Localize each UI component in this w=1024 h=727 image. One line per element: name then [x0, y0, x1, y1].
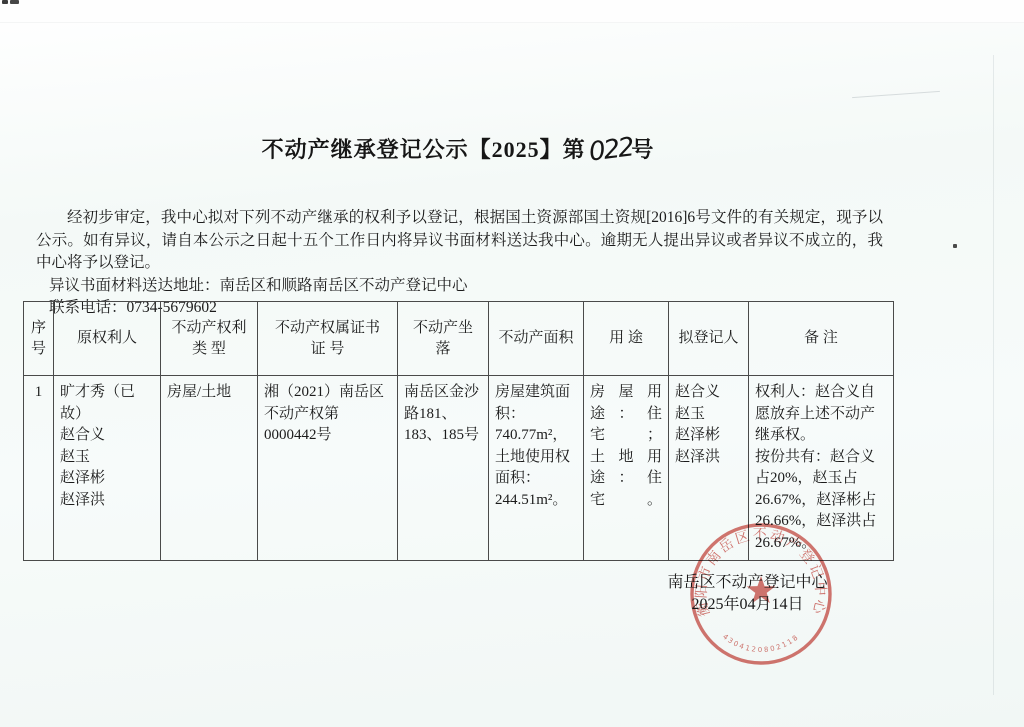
scanned-notice-page: 不动产继承登记公示【2025】第022号 经初步审定，我中心拟对下列不动产继承的… [0, 0, 1024, 727]
scan-page-edge [993, 55, 994, 695]
title-prefix: 不动产继承登记公示【2025】第 [262, 137, 586, 162]
cell-right-type: 房屋/土地 [161, 376, 258, 561]
header-area: 不动产面积 [489, 302, 584, 376]
scan-scratch [852, 91, 940, 98]
header-seq: 序 号 [24, 302, 54, 376]
scan-speck [2, 0, 8, 4]
cell-area: 房屋建筑面积：740.77m²，土地使用权面积：244.51m²。 [489, 376, 584, 561]
scan-speck [953, 244, 957, 248]
title-issue-number-handwritten: 022 [587, 132, 634, 167]
title-suffix: 号 [631, 137, 654, 162]
cell-location: 南岳区金沙路181、183、185号 [398, 376, 489, 561]
scan-top-band [0, 0, 1024, 23]
header-original-holders: 原权利人 [54, 302, 161, 376]
header-registrants: 拟登记人 [669, 302, 749, 376]
notice-title: 不动产继承登记公示【2025】第022号 [23, 133, 893, 164]
notice-footer: 南岳区不动产登记中心 2025年04月14日 [600, 572, 895, 616]
table-header-row: 序 号 原权利人 不动产权利 类 型 不动产权属证书 证 号 不动产坐 落 不动… [24, 302, 894, 376]
header-remarks: 备 注 [749, 302, 894, 376]
header-right-type: 不动产权利 类 型 [161, 302, 258, 376]
seal-number-holder: 4304120802118 [721, 633, 801, 654]
cell-usage: 房屋用 途：住宅； 土地用 途：住宅。 [584, 376, 669, 561]
header-usage: 用 途 [584, 302, 669, 376]
footer-organization: 南岳区不动产登记中心 [600, 572, 895, 594]
scan-speck [10, 0, 19, 4]
intro-address-line: 异议书面材料送达地址：南岳区和顺路南岳区不动产登记中心 [36, 275, 883, 298]
cell-cert-no: 湘（2021）南岳区不动产权第0000442号 [258, 376, 398, 561]
header-cert-no: 不动产权属证书 证 号 [258, 302, 398, 376]
cell-seq: 1 [24, 376, 54, 561]
cell-original-holders: 旷才秀（已故） 赵合义 赵玉 赵泽彬 赵泽洪 [54, 376, 161, 561]
header-location: 不动产坐 落 [398, 302, 489, 376]
seal-number: 4304120802118 [721, 633, 801, 654]
footer-date: 2025年04月14日 [600, 594, 895, 616]
intro-paragraph: 经初步审定，我中心拟对下列不动产继承的权利予以登记，根据国土资源部国土资规[20… [36, 207, 883, 275]
